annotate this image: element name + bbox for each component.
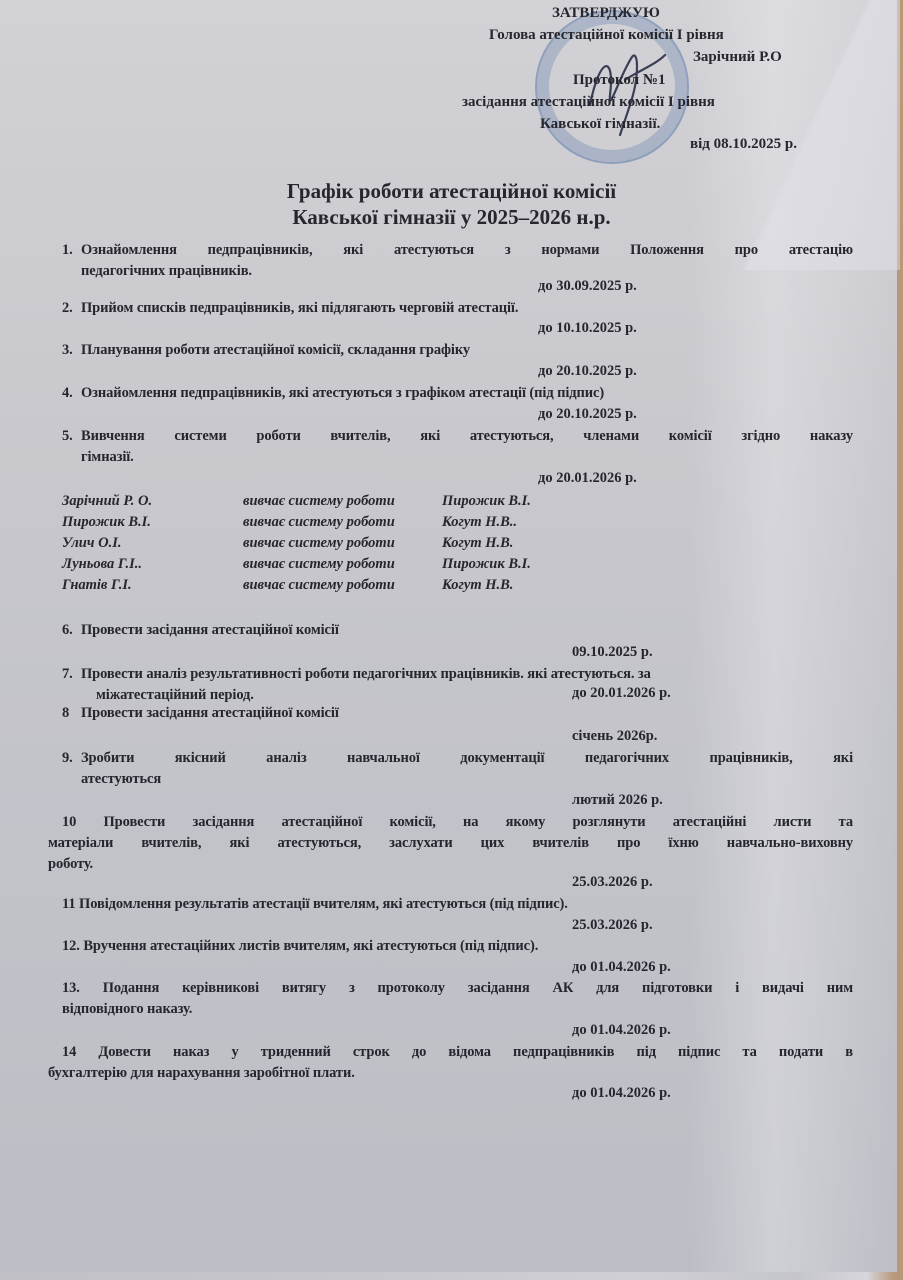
assignment-action: вивчає систему роботи — [243, 491, 395, 511]
page-subtitle: Кавської гімназії у 2025–2026 н.р. — [0, 204, 903, 230]
item-text: 11 Повідомлення результатів атестації вч… — [62, 894, 568, 914]
item-text: матеріали вчителів, які атестуються, зас… — [48, 833, 853, 853]
item-text: 13. Подання керівникові витягу з протоко… — [62, 978, 853, 998]
assignment-teacher: Когут Н.В.. — [442, 512, 517, 532]
item-number: 5. — [62, 426, 73, 446]
head-name: Зарічний Р.О — [693, 46, 782, 68]
assignment-action: вивчає систему роботи — [243, 533, 395, 553]
item-number: 3. — [62, 340, 73, 360]
assignment-member: Пирожик В.І. — [62, 512, 151, 532]
item-number: 6. — [62, 620, 73, 640]
item-number: 7. — [62, 664, 73, 684]
assignment-teacher: Когут Н.В. — [442, 575, 513, 595]
approval-date: від 08.10.2025 р. — [690, 133, 797, 155]
item-due-date: до 30.09.2025 р. — [538, 276, 637, 296]
item-due-date: до 20.10.2025 р. — [538, 404, 637, 424]
item-text: Провести засідання атестаційної комісії — [81, 620, 339, 640]
assignment-action: вивчає систему роботи — [243, 512, 395, 532]
assignment-teacher: Пирожик В.І. — [442, 491, 531, 511]
item-due-date: лютий 2026 р. — [572, 790, 663, 810]
item-text: 12. Вручення атестаційних листів вчителя… — [62, 936, 538, 956]
item-text: Ознайомлення педпрацівників, які атестую… — [81, 240, 853, 260]
document-photo: ЗАТВЕРДЖУЮ Голова атестаційної комісії І… — [0, 0, 903, 1280]
item-text: Ознайомлення педпрацівників, які атестую… — [81, 383, 604, 403]
page-title: Графік роботи атестаційної комісії — [0, 178, 903, 204]
assignment-member: Луньова Г.І.. — [62, 554, 142, 574]
item-text: Прийом списків педпрацівників, які підля… — [81, 298, 518, 318]
item-due-date: до 01.04.2026 р. — [572, 1020, 671, 1040]
assignment-member: Гнатів Г.І. — [62, 575, 132, 595]
item-text: 10 Провести засідання атестаційної коміс… — [62, 812, 853, 832]
item-number: 2. — [62, 298, 73, 318]
item-text: педагогічних працівників. — [81, 261, 252, 281]
assignment-action: вивчає систему роботи — [243, 554, 395, 574]
meeting-title: засідання атестаційної комісії І рівня — [462, 91, 715, 113]
item-number: 4. — [62, 383, 73, 403]
assignment-teacher: Когут Н.В. — [442, 533, 513, 553]
assignment-action: вивчає систему роботи — [243, 575, 395, 595]
item-due-date: до 10.10.2025 р. — [538, 318, 637, 338]
item-text: Провести засідання атестаційної комісії — [81, 703, 339, 723]
head-title: Голова атестаційної комісії І рівня — [489, 24, 724, 46]
item-text: Планування роботи атестаційної комісії, … — [81, 340, 470, 360]
item-text: Провести аналіз результативності роботи … — [81, 664, 651, 684]
assignment-member: Улич О.І. — [62, 533, 121, 553]
item-number: 1. — [62, 240, 73, 260]
protocol-number: Протокол №1 — [573, 69, 665, 91]
item-due-date: 25.03.2026 р. — [572, 872, 653, 892]
item-text: гімназії. — [81, 447, 134, 467]
item-text: міжатестаційний період. — [96, 685, 254, 705]
item-due-date: до 20.01.2026 р. — [538, 468, 637, 488]
item-number: 9. — [62, 748, 73, 768]
item-text: 14 Довести наказ у триденний строк до ві… — [62, 1042, 853, 1062]
item-text: бухгалтерію для нарахування заробітної п… — [48, 1063, 355, 1083]
item-due-date: 25.03.2026 р. — [572, 915, 653, 935]
item-text: Вивчення системи роботи вчителів, які ат… — [81, 426, 853, 446]
assignment-member: Зарічний Р. О. — [62, 491, 152, 511]
item-due-date: до 01.04.2026 р. — [572, 957, 671, 977]
item-text: роботу. — [48, 854, 93, 874]
item-due-date: січень 2026р. — [572, 726, 657, 746]
item-text: атестуються — [81, 769, 161, 789]
item-due-date: до 20.01.2026 р. — [572, 683, 671, 703]
item-text: відповідного наказу. — [62, 999, 192, 1019]
approve-label: ЗАТВЕРДЖУЮ — [552, 2, 660, 24]
item-due-date: 09.10.2025 р. — [572, 642, 653, 662]
school-name: Кавської гімназії. — [540, 113, 660, 135]
item-number: 8 — [62, 703, 69, 723]
assignment-teacher: Пирожик В.І. — [442, 554, 531, 574]
item-due-date: до 01.04.2026 р. — [572, 1083, 671, 1103]
item-due-date: до 20.10.2025 р. — [538, 361, 637, 381]
item-text: Зробити якісний аналіз навчальної докуме… — [81, 748, 853, 768]
